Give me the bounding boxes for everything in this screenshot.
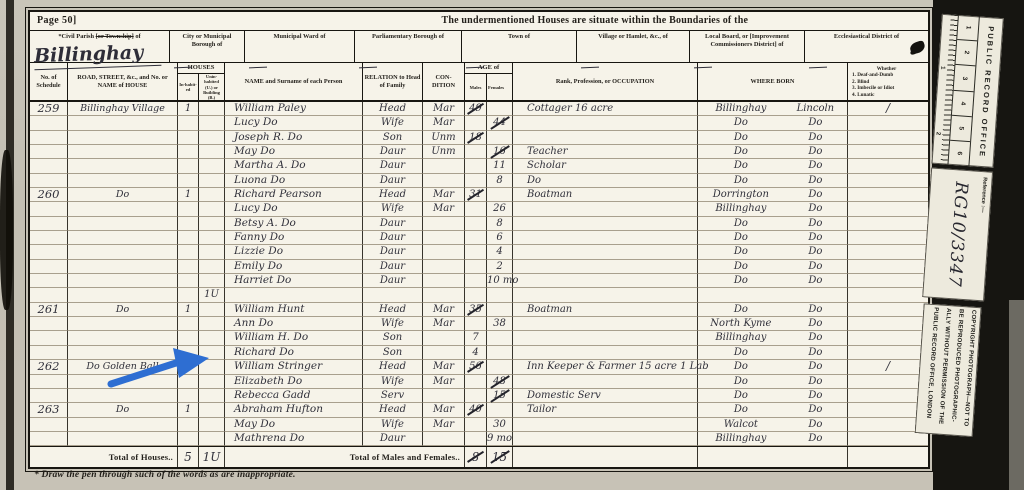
frame-number-cell: 6: [948, 141, 970, 167]
table-header-row: No. of Schedule ROAD, STREET, &c., and N…: [30, 63, 928, 102]
where-born-cell: Do Do: [698, 159, 848, 173]
uninhabited-cell: [199, 331, 225, 345]
inhabited-cell: [178, 116, 199, 130]
born-place: [698, 288, 784, 301]
occupation-cell: [513, 288, 698, 302]
record-office-text: PUBLIC RECORD OFFICE: [978, 26, 996, 158]
born-place: Do: [698, 375, 784, 388]
born-county: Do: [784, 375, 847, 388]
schedule-number-cell: 259: [30, 102, 68, 116]
person-name-cell: Richard Pearson: [225, 188, 363, 202]
age-male-cell: [465, 159, 487, 173]
census-row: Rebecca Gadd Serv 15 Domestic Serv Do Do: [30, 389, 928, 403]
age-female-cell: 11: [487, 159, 513, 173]
person-name-cell: Lucy Do: [225, 202, 363, 216]
age-male-cell: 18: [465, 131, 487, 145]
condition-cell: Mar: [423, 202, 465, 216]
person-name-cell: May Do: [225, 145, 363, 159]
where-born-cell: [698, 288, 848, 302]
condition-cell: Mar: [423, 303, 465, 317]
district-box-label: Ecclesiastical District of: [834, 33, 899, 40]
ruler-number-2: 2: [934, 132, 940, 136]
condition-cell: [423, 331, 465, 345]
born-place: Do: [698, 346, 784, 359]
condition-cell: [423, 432, 465, 446]
age-female-cell: 16: [487, 145, 513, 159]
house-name-cell: [68, 174, 178, 188]
col-header-houses: HOUSES: [178, 63, 224, 74]
district-box: Parliamentary Borough of: [355, 31, 462, 62]
relation-cell: Daur: [363, 159, 423, 173]
condition-cell: Mar: [423, 116, 465, 130]
district-box-label: Municipal Ward of: [273, 33, 325, 40]
uninhabited-cell: [199, 403, 225, 417]
person-name-cell: Ann Do: [225, 317, 363, 331]
frame-number: 1: [964, 26, 971, 30]
infirmity-cell: [848, 188, 928, 202]
born-county: Do: [784, 389, 847, 402]
col-header-infirmity: Whether 1. Deaf-and-Dumb 2. Blind 3. Imb…: [848, 63, 928, 101]
inhabited-cell: 1: [178, 102, 199, 116]
census-row: 260 Do 1 Richard Pearson Head Mar 31 Boa…: [30, 188, 928, 202]
totals-empty-occupation: [513, 447, 698, 467]
where-born-cell: Dorrington Do: [698, 188, 848, 202]
person-name-cell: Betsy A. Do: [225, 217, 363, 231]
age-male-cell: 35: [465, 303, 487, 317]
age-male-cell: [465, 116, 487, 130]
district-box-label: *Civil Parish: [58, 33, 95, 40]
inhabited-cell: [178, 288, 199, 302]
census-row: 259 Billinghay Village 1 William Paley H…: [30, 102, 928, 116]
census-row: Ann Do Wife Mar 38 North Kyme Do: [30, 317, 928, 331]
born-county: Do: [784, 331, 847, 344]
census-row: Harriet Do Daur 10 mo Do Do: [30, 274, 928, 288]
relation-cell: Head: [363, 303, 423, 317]
film-edge-blob: [0, 150, 13, 310]
where-born-cell: Walcot Do: [698, 418, 848, 432]
inhabited-cell: [178, 131, 199, 145]
relation-cell: [363, 288, 423, 302]
born-place: Do: [698, 159, 784, 172]
occupation-cell: [513, 418, 698, 432]
age-female-cell: 44: [487, 116, 513, 130]
occupation-cell: Do: [513, 174, 698, 188]
where-born-cell: Do Do: [698, 217, 848, 231]
relation-cell: Wife: [363, 116, 423, 130]
age-male-cell: [465, 217, 487, 231]
district-box-label: Local Board, or [Improvement Commissione…: [705, 33, 789, 48]
frame-number: 2: [963, 51, 970, 55]
inhabited-cell: [178, 260, 199, 274]
district-handwritten-value: Billinghay: [34, 40, 162, 70]
census-row: Mathrena Do Daur 9 mo Billinghay Do: [30, 432, 928, 446]
born-place: Do: [698, 260, 784, 273]
col-header-age: AGE of: [465, 63, 512, 74]
where-born-cell: Do Do: [698, 245, 848, 259]
condition-cell: [423, 174, 465, 188]
film-strip-fade: [1009, 300, 1024, 490]
uninhabited-cell: [199, 260, 225, 274]
relation-cell: Wife: [363, 418, 423, 432]
house-name-cell: [68, 260, 178, 274]
age-male-cell: [465, 288, 487, 302]
uninhabited-cell: [199, 116, 225, 130]
schedule-number-cell: [30, 116, 68, 130]
census-row: Emily Do Daur 2 Do Do: [30, 260, 928, 274]
inhabited-cell: 1: [178, 403, 199, 417]
census-row: 1U: [30, 288, 928, 302]
relation-cell: Daur: [363, 217, 423, 231]
person-name-cell: Lizzie Do: [225, 245, 363, 259]
where-born-cell: North Kyme Do: [698, 317, 848, 331]
born-county: [784, 288, 847, 301]
uninhabited-cell: [199, 432, 225, 446]
born-county: Do: [784, 346, 847, 359]
totals-row: Total of Houses.. 5 1U Total of Males an…: [30, 446, 928, 467]
infirmity-cell: /: [848, 102, 928, 116]
occupation-cell: [513, 116, 698, 130]
col-header-name: NAME and Surname of each Person: [225, 63, 363, 101]
age-female-cell: 26: [487, 202, 513, 216]
age-female-cell: 8: [487, 217, 513, 231]
born-county: Do: [784, 202, 847, 215]
inhabited-cell: [178, 217, 199, 231]
frame-number: 4: [959, 101, 966, 105]
frame-number-cell: 4: [952, 90, 974, 117]
born-place: Do: [698, 145, 784, 158]
person-name-cell: William Stringer: [225, 360, 363, 374]
age-subheaders: Males Females: [465, 74, 512, 100]
inhabited-cell: [178, 174, 199, 188]
age-female-cell: [487, 102, 513, 116]
where-born-cell: Do Do: [698, 389, 848, 403]
inhabited-cell: [178, 274, 199, 288]
occupation-cell: Boatman: [513, 303, 698, 317]
relation-cell: Daur: [363, 174, 423, 188]
district-box: Town of: [462, 31, 577, 62]
relation-cell: Wife: [363, 317, 423, 331]
uninhabited-cell: [199, 102, 225, 116]
total-people-label: Total of Males and Females..: [225, 447, 465, 467]
person-name-cell: William Paley: [225, 102, 363, 116]
house-name-cell: [68, 131, 178, 145]
schedule-number-cell: 263: [30, 403, 68, 417]
where-born-cell: Do Do: [698, 403, 848, 417]
age-female-cell: [487, 131, 513, 145]
born-place: Do: [698, 174, 784, 187]
census-row: Lucy Do Wife Mar 26 Billinghay Do: [30, 202, 928, 216]
schedule-number-cell: [30, 274, 68, 288]
schedule-number-cell: [30, 260, 68, 274]
born-county: Do: [784, 145, 847, 158]
frame-number: 5: [957, 126, 964, 130]
born-place: Do: [698, 389, 784, 402]
relation-cell: Daur: [363, 145, 423, 159]
infirmity-cell: [848, 202, 928, 216]
born-place: North Kyme: [698, 317, 784, 330]
occupation-cell: [513, 231, 698, 245]
age-male-cell: [465, 174, 487, 188]
col-header-uninhabited: Unin-habited (U.) or Building (B.): [199, 74, 224, 100]
where-born-cell: Billinghay Do: [698, 202, 848, 216]
where-born-cell: Do Do: [698, 231, 848, 245]
census-row: Betsy A. Do Daur 8 Do Do: [30, 217, 928, 231]
schedule-number-cell: [30, 375, 68, 389]
occupation-cell: [513, 245, 698, 259]
born-county: Do: [784, 360, 847, 373]
person-name-cell: Lucy Do: [225, 116, 363, 130]
person-name-cell: Fanny Do: [225, 231, 363, 245]
schedule-number-cell: [30, 288, 68, 302]
born-place: Do: [698, 217, 784, 230]
age-male-cell: 7: [465, 331, 487, 345]
condition-cell: Unm: [423, 145, 465, 159]
uninhabited-cell: 1U: [199, 288, 225, 302]
frame-number: 3: [961, 76, 968, 80]
ink-blot: [909, 40, 927, 55]
total-houses-uninhabited: 1U: [199, 447, 225, 467]
born-county: Do: [784, 131, 847, 144]
census-row: 261 Do 1 William Hunt Head Mar 35 Boatma…: [30, 303, 928, 317]
district-box-label: Parliamentary Borough of: [372, 33, 444, 40]
schedule-number-cell: [30, 145, 68, 159]
schedule-number-cell: [30, 217, 68, 231]
uninhabited-cell: [199, 145, 225, 159]
relation-cell: Daur: [363, 432, 423, 446]
person-name-cell: Joseph R. Do: [225, 131, 363, 145]
relation-cell: Head: [363, 102, 423, 116]
occupation-cell: [513, 202, 698, 216]
schedule-number-cell: 260: [30, 188, 68, 202]
born-place: Do: [698, 131, 784, 144]
district-box: *Civil Parish [or Township] of Billingha…: [30, 31, 170, 62]
schedule-number-cell: 262: [30, 360, 68, 374]
born-place: Billinghay: [698, 202, 784, 215]
uninhabited-cell: [199, 317, 225, 331]
person-name-cell: Harriet Do: [225, 274, 363, 288]
person-name-cell: William H. Do: [225, 331, 363, 345]
schedule-number-cell: [30, 346, 68, 360]
inhabited-cell: [178, 231, 199, 245]
condition-cell: [423, 274, 465, 288]
census-row: Joseph R. Do Son Unm 18 Do Do: [30, 131, 928, 145]
house-name-cell: [68, 331, 178, 345]
age-female-cell: 10 mo: [487, 274, 513, 288]
age-female-cell: [487, 360, 513, 374]
district-box-label: Village or Hamlet, &c., of: [598, 33, 668, 40]
where-born-cell: Do Do: [698, 174, 848, 188]
occupation-cell: [513, 217, 698, 231]
inhabited-cell: [178, 389, 199, 403]
age-male-cell: [465, 317, 487, 331]
age-male-cell: [465, 260, 487, 274]
occupation-cell: [513, 260, 698, 274]
person-name-cell: [225, 288, 363, 302]
occupation-cell: Cottager 16 acre: [513, 102, 698, 116]
col-header-males: Males: [465, 74, 487, 100]
inhabited-cell: [178, 317, 199, 331]
schedule-number-cell: [30, 131, 68, 145]
condition-cell: [423, 260, 465, 274]
census-row: Lucy Do Wife Mar 44 Do Do: [30, 116, 928, 130]
infirmity-cell: [848, 159, 928, 173]
col-header-age-group: AGE of Males Females: [465, 63, 513, 101]
age-male-cell: 4: [465, 346, 487, 360]
annotation-arrow-icon: [105, 345, 213, 389]
col-header-occupation: Rank, Profession, or OCCUPATION: [513, 63, 698, 101]
born-county: Do: [784, 188, 847, 201]
born-place: Billinghay: [698, 432, 784, 445]
relation-cell: Son: [363, 131, 423, 145]
age-female-cell: [487, 288, 513, 302]
census-row: Luona Do Daur 8 Do Do Do: [30, 174, 928, 188]
uninhabited-cell: [199, 231, 225, 245]
schedule-number-cell: [30, 418, 68, 432]
person-name-cell: Richard Do: [225, 346, 363, 360]
inhabited-cell: [178, 202, 199, 216]
age-female-cell: [487, 331, 513, 345]
born-place: Do: [698, 116, 784, 129]
occupation-cell: Tailor: [513, 403, 698, 417]
infirmity-cell: [848, 174, 928, 188]
born-place: Do: [698, 303, 784, 316]
frame-number-cell: 2: [955, 40, 977, 67]
age-female-cell: 15: [487, 389, 513, 403]
schedule-number-cell: [30, 389, 68, 403]
where-born-cell: Billinghay Lincoln: [698, 102, 848, 116]
infirmity-cell: [848, 131, 928, 145]
condition-cell: [423, 389, 465, 403]
uninhabited-cell: [199, 303, 225, 317]
condition-cell: Mar: [423, 360, 465, 374]
born-county: Do: [784, 116, 847, 129]
born-county: Do: [784, 260, 847, 273]
uninhabited-cell: [199, 418, 225, 432]
age-male-cell: [465, 389, 487, 403]
condition-cell: [423, 245, 465, 259]
occupation-cell: Domestic Serv: [513, 389, 698, 403]
frame-number-cell: 3: [954, 65, 976, 92]
house-name-cell: [68, 217, 178, 231]
uninhabited-cell: [199, 389, 225, 403]
age-male-cell: [465, 245, 487, 259]
inhabited-cell: [178, 159, 199, 173]
inhabited-cell: [178, 331, 199, 345]
occupation-cell: Boatman: [513, 188, 698, 202]
condition-cell: [423, 288, 465, 302]
record-office-ruler-card: 1 2 123456 PUBLIC RECORD OFFICE: [931, 14, 1003, 168]
condition-cell: Mar: [423, 375, 465, 389]
person-name-cell: Elizabeth Do: [225, 375, 363, 389]
relation-cell: Son: [363, 346, 423, 360]
copyright-card: COPYRIGHT PHOTOGRAPH—NOT TO BE REPRODUCE…: [915, 303, 982, 437]
house-name-cell: [68, 202, 178, 216]
born-place: Do: [698, 360, 784, 373]
born-place: Do: [698, 403, 784, 416]
col-header-condition: CON-DITION: [423, 63, 465, 101]
occupation-cell: [513, 274, 698, 288]
occupation-cell: [513, 131, 698, 145]
born-county: Do: [784, 432, 847, 445]
house-name-cell: [68, 231, 178, 245]
total-houses-label: Total of Houses..: [30, 447, 178, 467]
age-female-cell: 8: [487, 174, 513, 188]
person-name-cell: Martha A. Do: [225, 159, 363, 173]
born-place: Walcot: [698, 418, 784, 431]
relation-cell: Head: [363, 188, 423, 202]
age-female-cell: [487, 303, 513, 317]
census-row: May Do Daur Unm 16 Teacher Do Do: [30, 145, 928, 159]
relation-cell: Daur: [363, 274, 423, 288]
census-row: May Do Wife Mar 30 Walcot Do: [30, 418, 928, 432]
census-form: Page 50] The undermentioned Houses are s…: [28, 10, 930, 469]
relation-cell: Daur: [363, 260, 423, 274]
age-male-cell: 56: [465, 360, 487, 374]
condition-cell: [423, 159, 465, 173]
district-box: Local Board, or [Improvement Commissione…: [690, 31, 805, 62]
census-row: William H. Do Son 7 Billinghay Do: [30, 331, 928, 345]
census-row: Fanny Do Daur 6 Do Do: [30, 231, 928, 245]
relation-cell: Wife: [363, 202, 423, 216]
district-box-label: Town of: [508, 33, 530, 40]
age-male-cell: [465, 418, 487, 432]
relation-cell: Head: [363, 360, 423, 374]
schedule-number-cell: [30, 202, 68, 216]
district-box-struck-label: [or Township]: [96, 33, 134, 40]
age-female-cell: 2: [487, 260, 513, 274]
where-born-cell: Do Do: [698, 131, 848, 145]
infirmity-cell: [848, 116, 928, 130]
age-female-cell: 30: [487, 418, 513, 432]
col-header-born: WHERE BORN: [698, 63, 848, 101]
col-header-relation: RELATION to Head of Family: [363, 63, 423, 101]
where-born-cell: Do Do: [698, 274, 848, 288]
census-table-body: 259 Billinghay Village 1 William Paley H…: [30, 102, 928, 446]
uninhabited-cell: [199, 274, 225, 288]
house-name-cell: [68, 418, 178, 432]
born-county: Do: [784, 159, 847, 172]
inhabited-cell: [178, 418, 199, 432]
condition-cell: Mar: [423, 188, 465, 202]
houses-subheaders: In-habit-ed Unin-habited (U.) or Buildin…: [178, 74, 224, 100]
frame-number: 6: [956, 151, 963, 155]
occupation-cell: [513, 331, 698, 345]
house-name-cell: Billinghay Village: [68, 102, 178, 116]
born-county: Do: [784, 245, 847, 258]
person-name-cell: Abraham Hufton: [225, 403, 363, 417]
inhabited-cell: [178, 245, 199, 259]
frame-number-cell: 5: [950, 115, 972, 142]
born-county: Do: [784, 303, 847, 316]
district-box: Village or Hamlet, &c., of: [577, 31, 690, 62]
house-name-cell: [68, 432, 178, 446]
age-male-cell: [465, 274, 487, 288]
form-footnote: * Draw the pen through such of the words…: [34, 470, 296, 480]
schedule-number-cell: [30, 174, 68, 188]
where-born-cell: Do Do: [698, 116, 848, 130]
person-name-cell: Rebecca Gadd: [225, 389, 363, 403]
schedule-number-cell: [30, 231, 68, 245]
where-born-cell: Do Do: [698, 360, 848, 374]
occupation-cell: Inn Keeper & Farmer 15 acre 1 Lab: [513, 360, 698, 374]
uninhabited-cell: [199, 202, 225, 216]
form-top-band: Page 50] The undermentioned Houses are s…: [30, 12, 928, 31]
infirmity-item-4: 4. Lunatic: [852, 92, 927, 99]
person-name-cell: Mathrena Do: [225, 432, 363, 446]
condition-cell: Mar: [423, 317, 465, 331]
total-houses-inhabited: 5: [178, 447, 199, 467]
born-county: Lincoln: [784, 102, 847, 115]
